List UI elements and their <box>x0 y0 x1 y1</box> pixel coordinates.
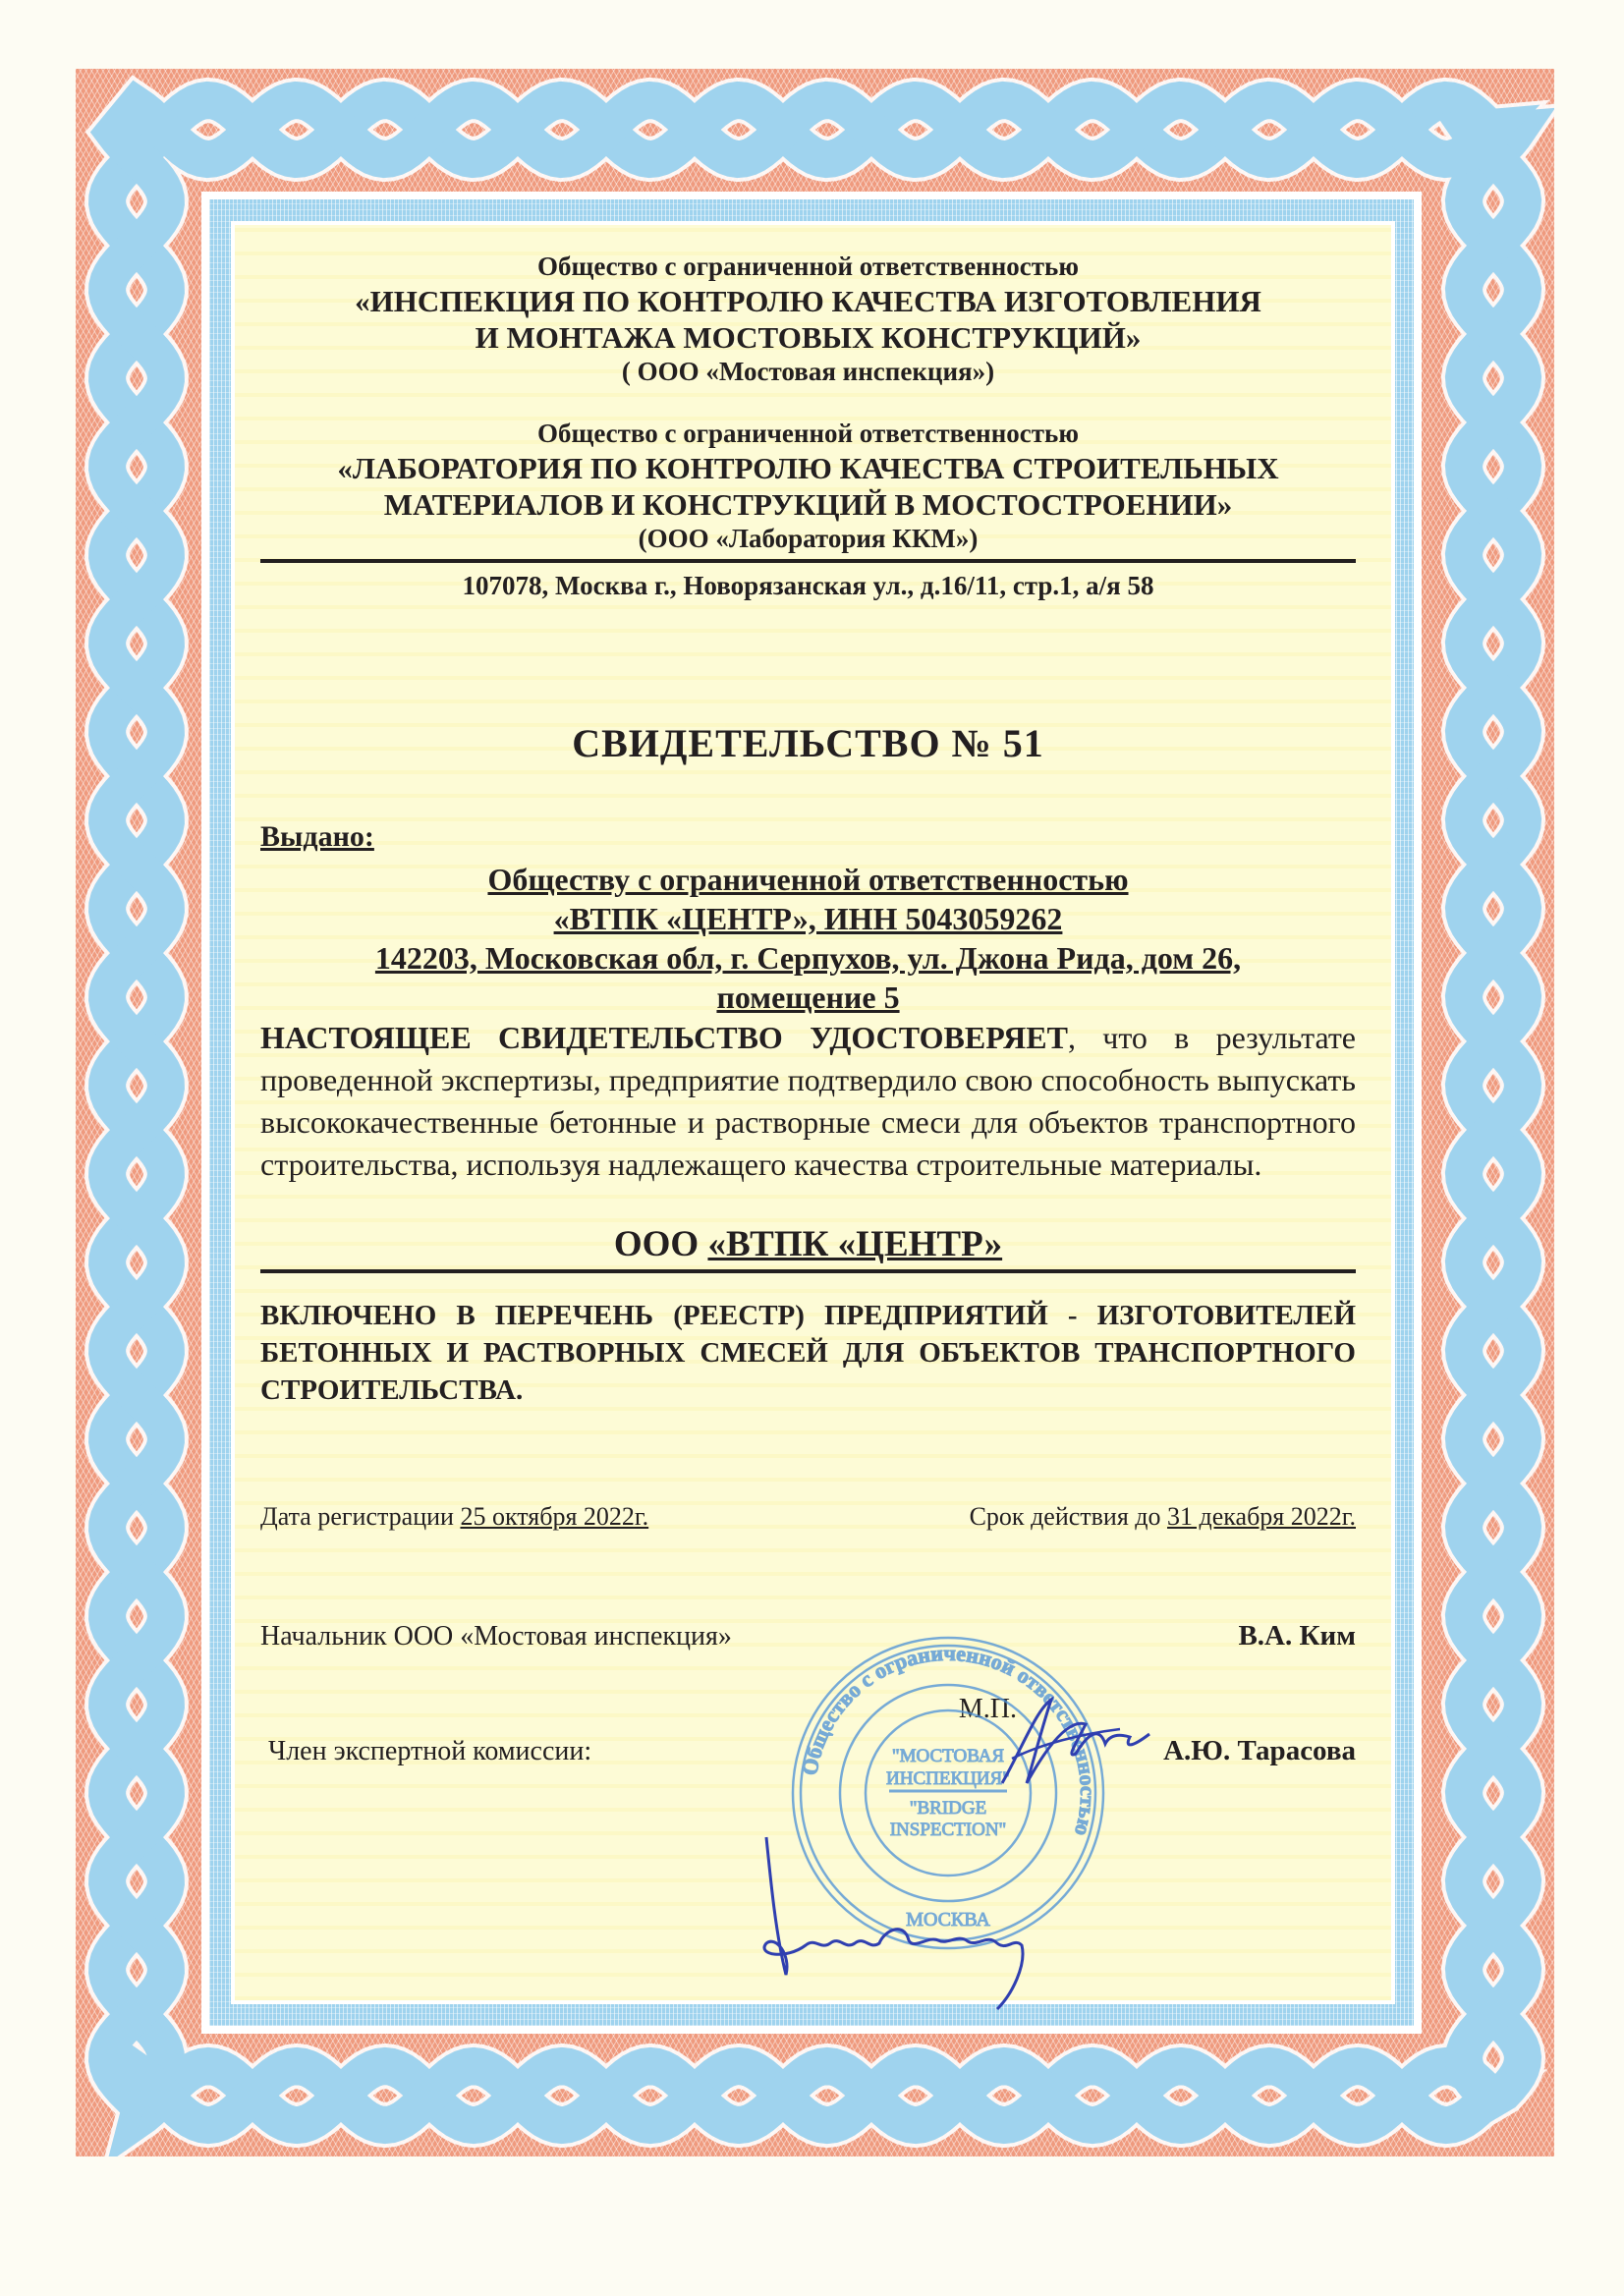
header-divider <box>260 559 1356 563</box>
org2-name-line1: «ЛАБОРАТОРИЯ ПО КОНТРОЛЮ КАЧЕСТВА СТРОИТ… <box>260 450 1356 486</box>
registry-statement: ВКЛЮЧЕНО В ПЕРЕЧЕНЬ (РЕЕСТР) ПРЕДПРИЯТИЙ… <box>260 1297 1356 1409</box>
issued-label: Выдано: <box>260 820 1356 854</box>
statement-lead: НАСТОЯЩЕЕ СВИДЕТЕЛЬСТВО УДОСТОВЕРЯЕТ <box>260 1020 1068 1055</box>
head-name: В.А. Ким <box>1238 1620 1356 1652</box>
org1-name-line2: И МОНТАЖА МОСТОВЫХ КОНСТРУКЦИЙ» <box>260 319 1356 356</box>
registration-date: Дата регистрации 25 октября 2022г. <box>260 1502 648 1532</box>
org2-form: Общество с ограниченной ответственностью <box>260 418 1356 450</box>
company-divider <box>260 1269 1356 1273</box>
company-name-heading: ООО «ВТПК «ЦЕНТР» <box>260 1223 1356 1265</box>
expert-signature <box>747 1827 1081 2014</box>
org2-name-line2: МАТЕРИАЛОВ И КОНСТРУКЦИЙ В МОСТОСТРОЕНИИ… <box>260 486 1356 523</box>
expert-title: Член экспертной комиссии: <box>268 1736 591 1767</box>
org1-name-line1: «ИНСПЕКЦИЯ ПО КОНТРОЛЮ КАЧЕСТВА ИЗГОТОВЛ… <box>260 283 1356 319</box>
head-title: Начальник ООО «Мостовая инспекция» <box>260 1621 732 1652</box>
svg-text:"BRIDGE: "BRIDGE <box>910 1798 986 1819</box>
valid-until-date: Срок действия до 31 декабря 2022г. <box>970 1502 1356 1532</box>
company-name: «ВТПК «ЦЕНТР» <box>707 1224 1002 1264</box>
certificate-statement: НАСТОЯЩЕЕ СВИДЕТЕЛЬСТВО УДОСТОВЕРЯЕТ, чт… <box>260 1017 1356 1186</box>
certificate-title: СВИДЕТЕЛЬСТВО № 51 <box>260 720 1356 766</box>
recipient-line1: Обществу с ограниченной ответственностью <box>260 860 1356 899</box>
recipient-line3: 142203, Московская обл, г. Серпухов, ул.… <box>260 938 1356 978</box>
certificate-content: Общество с ограниченной ответственностью… <box>260 226 1356 1767</box>
org1-short-name: ( ООО «Мостовая инспекция») <box>260 356 1356 388</box>
org-address: 107078, Москва г., Новорязанская ул., д.… <box>260 569 1356 602</box>
expert-name: А.Ю. Тарасова <box>1163 1735 1356 1767</box>
company-prefix: ООО <box>614 1224 708 1264</box>
org2-short-name: (ООО «Лаборатория ККМ») <box>260 523 1356 555</box>
dates-row: Дата регистрации 25 октября 2022г. Срок … <box>260 1502 1356 1532</box>
recipient-line4: помещение 5 <box>260 978 1356 1017</box>
org1-form: Общество с ограниченной ответственностью <box>260 251 1356 283</box>
head-signature <box>982 1690 1159 1798</box>
recipient-line2: «ВТПК «ЦЕНТР», ИНН 5043059262 <box>260 899 1356 938</box>
